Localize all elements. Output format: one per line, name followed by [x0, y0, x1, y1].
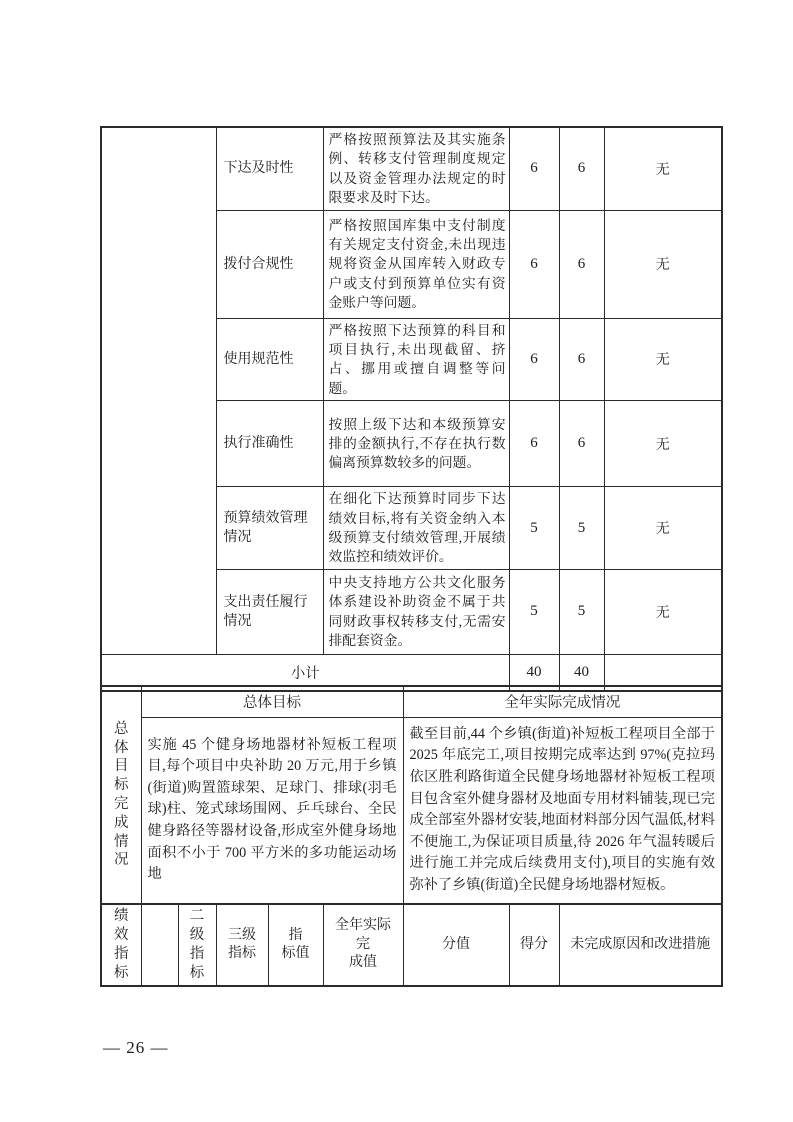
indicator-name-cell: 支出责任履行情况	[216, 569, 323, 654]
indicator-desc-cell: 在细化下达预算时同步下达绩效目标,将有关资金纳入本级预算支付绩效管理,开展绩效监…	[323, 487, 509, 570]
goal-text-cell: 实施 45 个健身场地器材补短板工程项目,每个项目中央补助 20 万元,用于乡镇…	[141, 717, 403, 904]
indicator-desc-cell: 中央支持地方公共文化服务体系建设补助资金不属于共同财政事权转移支付,无需安排配套…	[323, 569, 509, 654]
score-cell: 5	[559, 569, 604, 654]
remark-cell: 无	[604, 127, 722, 210]
goal-header-cell: 总体目标	[141, 686, 403, 717]
target-value-header-cell: 指 标值	[268, 904, 323, 986]
actual-text-cell: 截至目前,44 个乡镇(街道)补短板工程项目全部于 2025 年底完工,项目按期…	[403, 717, 722, 904]
level2-header-cell: 二级指标	[178, 904, 216, 986]
overall-goal-table: 总体目标完成情况 总体目标 全年实际完成情况 实施 45 个健身场地器材补短板工…	[100, 685, 723, 905]
score-cell: 6	[559, 401, 604, 487]
remark-cell: 无	[604, 401, 722, 487]
score-cell: 6	[559, 210, 604, 318]
points-cell: 5	[509, 487, 559, 570]
table-row: 下达及时性 严格按照预算法及其实施条例、转移支付管理制度规定以及资金管理办法规定…	[101, 127, 722, 210]
score-cell: 6	[559, 127, 604, 210]
score-table: 下达及时性 严格按照预算法及其实施条例、转移支付管理制度规定以及资金管理办法规定…	[100, 126, 723, 692]
remark-cell: 无	[604, 487, 722, 570]
level1-header-cell	[141, 904, 178, 986]
goal-content-row: 实施 45 个健身场地器材补短板工程项目,每个项目中央补助 20 万元,用于乡镇…	[101, 717, 722, 904]
indicator-header-row: 绩效指标 二级指标 三级 指标 指 标值 全年实际 完 成值 分值 得分 未完成…	[101, 904, 722, 986]
remark-cell: 无	[604, 569, 722, 654]
points-cell: 6	[509, 127, 559, 210]
overall-goal-side-label: 总体目标完成情况	[101, 686, 141, 904]
remark-cell: 无	[604, 210, 722, 318]
indicator-side-label: 绩效指标	[101, 904, 141, 986]
indicator-header-table: 绩效指标 二级指标 三级 指标 指 标值 全年实际 完 成值 分值 得分 未完成…	[100, 903, 723, 987]
indicator-name-cell: 预算绩效管理情况	[216, 487, 323, 570]
goal-header-row: 总体目标完成情况 总体目标 全年实际完成情况	[101, 686, 722, 717]
indicator-desc-cell: 严格按照下达预算的科目和项目执行,未出现截留、挤占、挪用或擅自调整等问题。	[323, 318, 509, 401]
indicator-name-cell: 下达及时性	[216, 127, 323, 210]
indicator-name-cell: 执行准确性	[216, 401, 323, 487]
overall-goal-side-label-text: 总体目标完成情况	[113, 720, 130, 870]
remark-cell: 无	[604, 318, 722, 401]
indicator-name-cell: 使用规范性	[216, 318, 323, 401]
points-cell: 6	[509, 401, 559, 487]
actual-value-header-cell: 全年实际 完 成值	[323, 904, 403, 986]
score-cell: 5	[559, 487, 604, 570]
points-cell: 5	[509, 569, 559, 654]
indicator-desc-cell: 严格按照国库集中支付制度有关规定支付资金,未出现违规将资金从国库转入财政专户或支…	[323, 210, 509, 318]
score-header-cell: 得分	[509, 904, 559, 986]
indicator-desc-cell: 按照上级下达和本级预算安排的金额执行,不存在执行数偏离预算数较多的问题。	[323, 401, 509, 487]
indicator-side-label-text: 绩效指标	[113, 907, 130, 982]
points-cell: 6	[509, 210, 559, 318]
page-number: — 26 —	[103, 1038, 169, 1058]
level3-header-cell: 三级 指标	[216, 904, 268, 986]
level2-header-text: 二级指标	[189, 907, 206, 982]
actual-header-cell: 全年实际完成情况	[403, 686, 722, 717]
score-cell: 6	[559, 318, 604, 401]
continuation-empty-cell	[101, 127, 216, 654]
points-header-cell: 分值	[403, 904, 509, 986]
document-page: 下达及时性 严格按照预算法及其实施条例、转移支付管理制度规定以及资金管理办法规定…	[0, 0, 793, 1122]
points-cell: 6	[509, 318, 559, 401]
reason-header-cell: 未完成原因和改进措施	[559, 904, 722, 986]
indicator-name-cell: 拨付合规性	[216, 210, 323, 318]
indicator-desc-cell: 严格按照预算法及其实施条例、转移支付管理制度规定以及资金管理办法规定的时限要求及…	[323, 127, 509, 210]
